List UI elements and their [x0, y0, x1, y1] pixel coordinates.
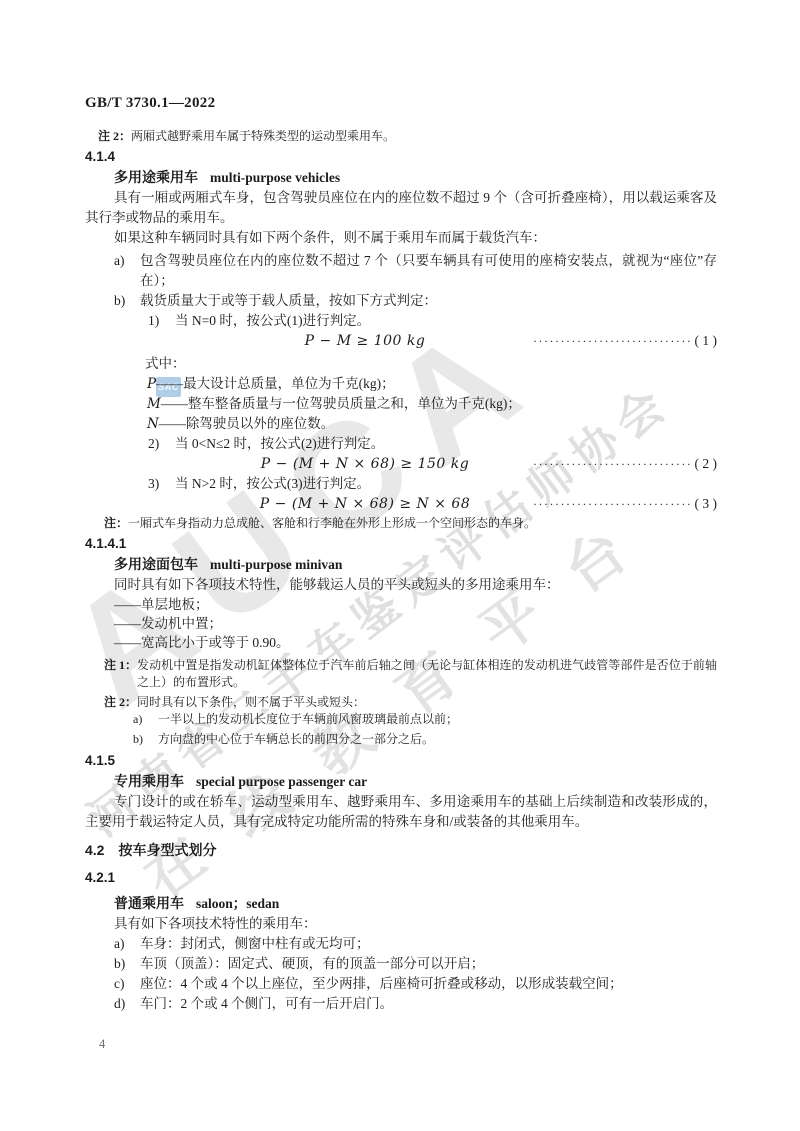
list-text: 座位：4 个或 4 个以上座位，至少两排，后座椅可折叠或移动，以形成装载空间；: [140, 976, 623, 991]
dot-leader: ········································…: [533, 331, 691, 351]
list-label: a): [114, 251, 125, 271]
symbol-definition-N: N——除驾驶员以外的座位数。: [85, 414, 717, 434]
sub-text: 当 N>2 时，按公式(3)进行判定。: [175, 476, 370, 491]
note-label: 注 2：: [98, 127, 131, 145]
symbol-var: N: [147, 416, 159, 432]
section-title: 按车身型式划分: [118, 842, 216, 858]
note-text: 同时具有以下条件，则不属于平头或短头：: [137, 694, 717, 711]
note-sub-text: 一半以上的发动机长度位于车辆前风窗玻璃最前点以前；: [158, 712, 458, 726]
formula-3: P − (M + N × 68) ≥ N × 68 ··············…: [85, 494, 717, 514]
symbol-text: ——除驾驶员以外的座位数。: [159, 416, 335, 431]
dash-item: ——单层地板；: [85, 595, 717, 614]
list-item-a: a) 车身：封闭式，侧窗中柱有或无均可；: [85, 934, 717, 954]
note-line: 注 2： 两厢式越野乘用车属于特殊类型的运动型乘用车。: [98, 127, 717, 145]
section-heading-4-2: 4.2按车身型式划分: [85, 840, 717, 860]
sub-item-2: 2) 当 0<N≤2 时，按公式(2)进行判定。: [85, 434, 717, 454]
document-content: GB/T 3730.1—2022 注 2： 两厢式越野乘用车属于特殊类型的运动型…: [85, 93, 717, 1014]
sub-label: 1): [148, 311, 159, 331]
paragraph: 同时具有如下各项技术特性，能够载运人员的平头或短头的多用途乘用车：: [85, 575, 717, 595]
standard-number-header: GB/T 3730.1—2022: [85, 93, 717, 113]
clause-number-4-1-4-1: 4.1.4.1: [85, 534, 717, 554]
list-item-d: d) 车门：2 个或 4 个侧门，可有一后开启门。: [85, 994, 717, 1014]
term-cn: 多用途面包车: [114, 556, 198, 572]
dot-leader: ········································…: [533, 454, 691, 474]
document-page: AUCA 河南省二手车鉴定评估师协会 在线教育平台 SAC GB/T 3730.…: [0, 0, 800, 1131]
list-item-a: a) 包含驾驶员座位在内的座位数不超过 7 个（只要车辆具有可使用的座椅安装点，…: [85, 251, 717, 291]
note-label: 注 1：: [104, 657, 137, 691]
formula-expression: P − M ≥ 100 kg: [205, 331, 525, 351]
note-line: 注： 一厢式车身指动力总成舱、客舱和行李舱在外形上形成一个空间形态的车身。: [104, 514, 717, 532]
term-cn: 专用乘用车: [114, 773, 184, 789]
list-text: 载货质量大于或等于载人质量，按如下方式判定：: [140, 293, 437, 308]
symbol-text: ——最大设计总质量，单位为千克(kg)；: [156, 376, 395, 391]
note-sub-text: 方向盘的中心位于车辆总长的前四分之一部分之后。: [158, 732, 434, 746]
clause-number-4-1-4: 4.1.4: [85, 147, 717, 167]
dash-item: ——发动机中置；: [85, 614, 717, 633]
where-label: 式中：: [85, 354, 717, 374]
equation-number: ( 2 ): [695, 454, 718, 474]
symbol-var: M: [147, 396, 161, 412]
symbol-definition-M: M——整车整备质量与一位驾驶员质量之和，单位为千克(kg)；: [85, 394, 717, 414]
note-line: 注 2： 同时具有以下条件，则不属于平头或短头：: [104, 694, 717, 711]
term-en: special purpose passenger car: [196, 774, 367, 789]
list-text: 车身：封闭式，侧窗中柱有或无均可；: [140, 936, 370, 951]
term-cn: 多用途乘用车: [114, 169, 198, 185]
note-label: 注：: [104, 514, 128, 532]
dot-leader: ········································…: [533, 494, 691, 514]
note-sub-label: a): [133, 711, 142, 728]
note-text: 一厢式车身指动力总成舱、客舱和行李舱在外形上形成一个空间形态的车身。: [128, 514, 717, 532]
formula-2: P − (M + N × 68) ≥ 150 kg ··············…: [85, 454, 717, 474]
formula-expression: P − (M + N × 68) ≥ 150 kg: [205, 454, 525, 474]
sub-text: 当 0<N≤2 时，按公式(2)进行判定。: [175, 436, 384, 451]
list-text: 包含驾驶员座位在内的座位数不超过 7 个（只要车辆具有可使用的座椅安装点，就视为…: [140, 253, 717, 288]
sub-item-1: 1) 当 N=0 时，按公式(1)进行判定。: [85, 311, 717, 331]
note-text: 发动机中置是指发动机缸体整体位于汽车前后轴之间（无论与缸体相连的发动机进气歧管等…: [137, 657, 717, 691]
note-sub-label: b): [133, 731, 143, 748]
list-label: d): [114, 994, 125, 1014]
list-text: 车门：2 个或 4 个侧门，可有一后开启门。: [140, 996, 393, 1011]
symbol-var: P: [147, 376, 156, 392]
section-number: 4.2: [85, 842, 104, 858]
list-item-b: b) 载货质量大于或等于载人质量，按如下方式判定：: [85, 291, 717, 311]
formula-1: P − M ≥ 100 kg ·························…: [85, 331, 717, 351]
list-label: b): [114, 954, 125, 974]
equation-number: ( 1 ): [695, 331, 718, 351]
term-heading: 专用乘用车special purpose passenger car: [85, 771, 717, 792]
symbol-definition-P: P——最大设计总质量，单位为千克(kg)；: [85, 374, 717, 394]
term-heading: 多用途乘用车multi-purpose vehicles: [85, 167, 717, 188]
term-heading: 普通乘用车saloon；sedan: [85, 893, 717, 914]
symbol-text: ——整车整备质量与一位驾驶员质量之和，单位为千克(kg)；: [161, 396, 521, 411]
note-text: 两厢式越野乘用车属于特殊类型的运动型乘用车。: [131, 127, 717, 145]
note-sub-item-a: a) 一半以上的发动机长度位于车辆前风窗玻璃最前点以前；: [85, 711, 717, 728]
page-number: 4: [99, 1037, 105, 1052]
list-text: 车顶（顶盖）：固定式、硬顶，有的顶盖一部分可以开启；: [140, 956, 484, 971]
note-label: 注 2：: [104, 694, 137, 711]
formula-expression: P − (M + N × 68) ≥ N × 68: [205, 494, 525, 514]
sub-label: 3): [148, 474, 159, 494]
paragraph: 具有如下各项技术特性的乘用车：: [85, 914, 717, 934]
list-item-b: b) 车顶（顶盖）：固定式、硬顶，有的顶盖一部分可以开启；: [85, 954, 717, 974]
clause-number-4-2-1: 4.2.1: [85, 868, 717, 888]
list-label: a): [114, 934, 125, 954]
sub-text: 当 N=0 时，按公式(1)进行判定。: [175, 313, 370, 328]
term-en: multi-purpose vehicles: [210, 170, 340, 185]
list-label: b): [114, 291, 125, 311]
paragraph: 如果这种车辆同时具有如下两个条件，则不属于乘用车而属于载货汽车：: [85, 228, 717, 248]
paragraph: 具有一厢或两厢式车身，包含驾驶员座位在内的座位数不超过 9 个（含可折叠座椅），…: [85, 188, 717, 228]
clause-number-4-1-5: 4.1.5: [85, 751, 717, 771]
sub-item-3: 3) 当 N>2 时，按公式(3)进行判定。: [85, 474, 717, 494]
dash-item: ——宽高比小于或等于 0.90。: [85, 633, 717, 652]
list-label: c): [114, 974, 125, 994]
term-en: saloon；sedan: [196, 896, 279, 911]
equation-number: ( 3 ): [695, 494, 718, 514]
term-en: multi-purpose minivan: [210, 557, 342, 572]
term-cn: 普通乘用车: [114, 895, 184, 911]
paragraph: 专门设计的或在轿车、运动型乘用车、越野乘用车、多用途乘用车的基础上后续制造和改装…: [85, 792, 717, 832]
note-sub-item-b: b) 方向盘的中心位于车辆总长的前四分之一部分之后。: [85, 731, 717, 748]
sub-label: 2): [148, 434, 159, 454]
term-heading: 多用途面包车multi-purpose minivan: [85, 554, 717, 575]
list-item-c: c) 座位：4 个或 4 个以上座位，至少两排，后座椅可折叠或移动，以形成装载空…: [85, 974, 717, 994]
note-line: 注 1： 发动机中置是指发动机缸体整体位于汽车前后轴之间（无论与缸体相连的发动机…: [104, 657, 717, 691]
